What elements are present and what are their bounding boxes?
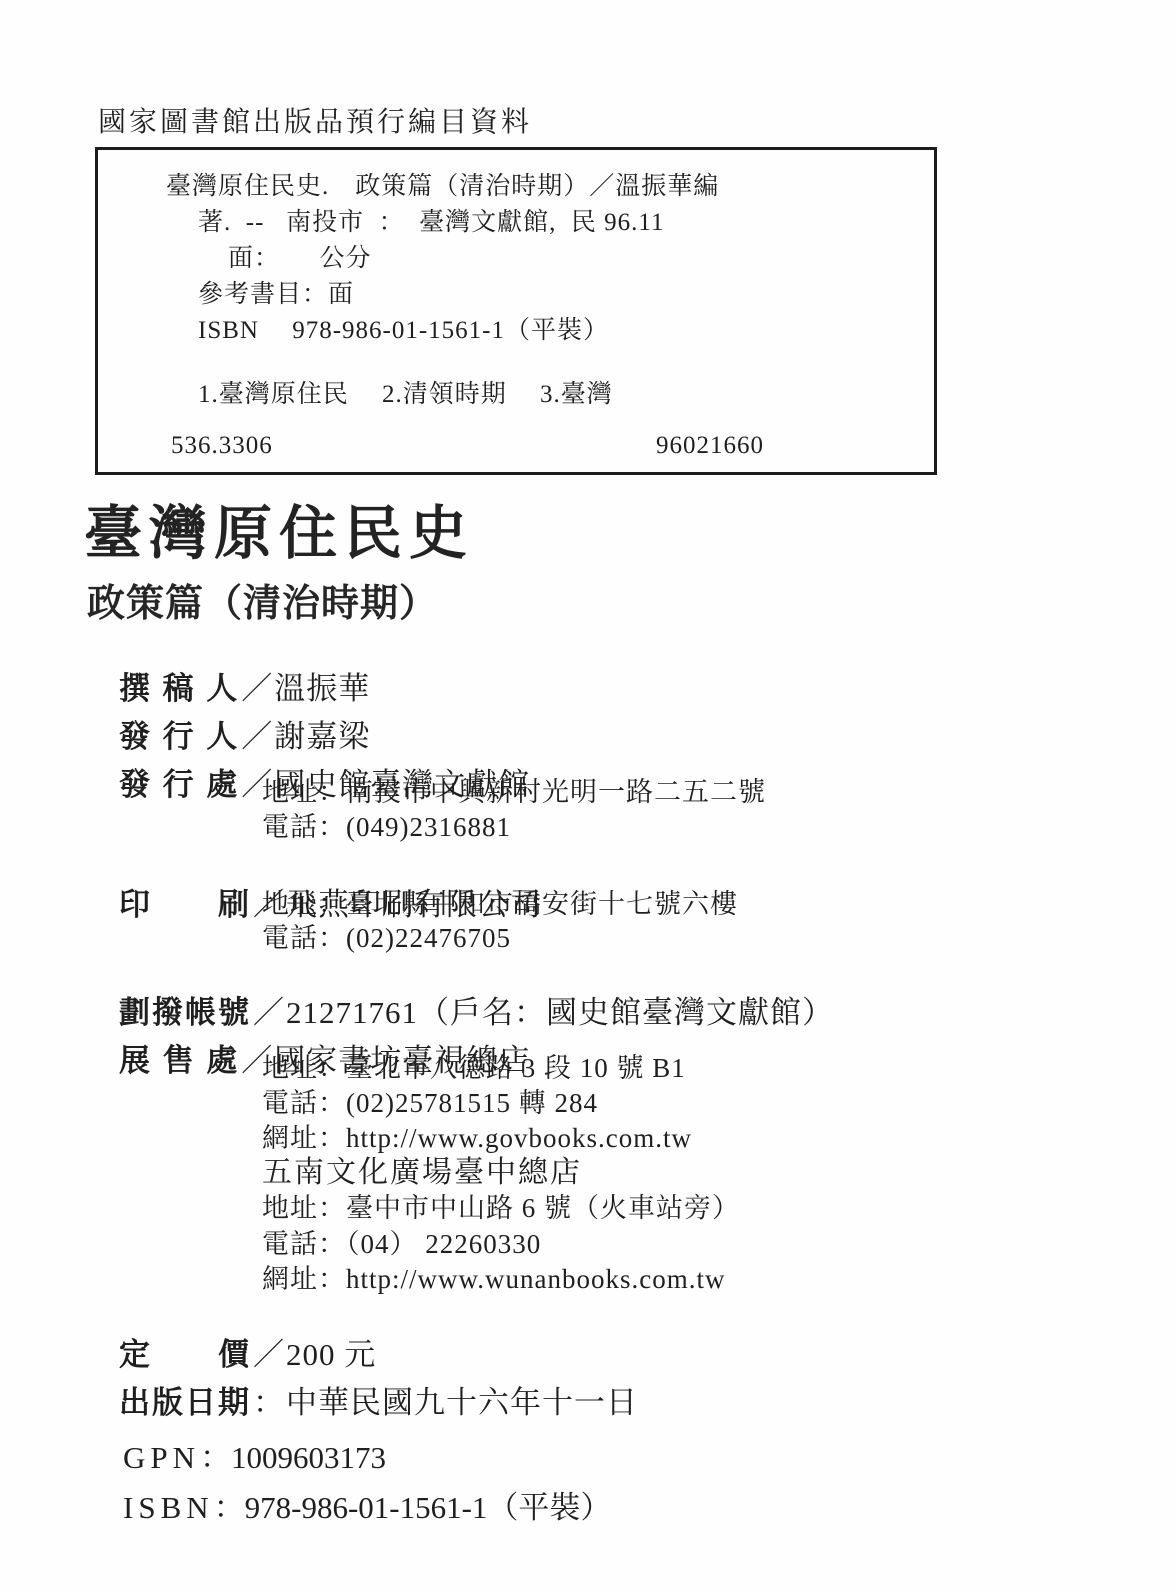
store2-website: 網址：http://www.wunanbooks.com.tw <box>262 1257 725 1296</box>
colophon-page: 國家圖書館出版品預行編目資料 臺灣原住民史. 政策篇（清治時期）／溫振華編 著.… <box>0 0 1176 1591</box>
cip-record-number: 96021660 <box>656 432 764 460</box>
publisher-phone: 電話：(049)2316881 <box>262 805 511 844</box>
cip-title-line: 臺灣原住民史. 政策篇（清治時期）／溫振華編 <box>166 166 719 202</box>
printer-phone: 電話：(02)22476705 <box>262 916 511 955</box>
isbn-value: ：978-986-01-1561-1（平裝） <box>214 1490 612 1525</box>
cip-box: 臺灣原住民史. 政策篇（清治時期）／溫振華編 著. -- 南投市 ： 臺灣文獻館… <box>95 147 937 475</box>
store2-address: 地址：臺中市中山路 6 號（火車站旁） <box>262 1186 740 1225</box>
isbn-label: ISBN <box>123 1490 214 1525</box>
book-subtitle: 政策篇（清治時期） <box>87 572 438 627</box>
cip-bibliography-line: 參考書目：面 <box>198 274 354 310</box>
store2-name: 五南文化廣場臺中總店 <box>262 1147 582 1191</box>
publisher-address: 地址：南投市中興新村光明一路二五二號 <box>262 770 766 809</box>
publisher-org-label: 發 行 處 <box>119 767 239 802</box>
cip-collation-line: 面： 公分 <box>228 238 372 274</box>
store1-phone: 電話：(02)25781515 轉 284 <box>262 1081 598 1120</box>
cip-imprint-line: 著. -- 南投市 ： 臺灣文獻館, 民 96.11 <box>198 202 664 238</box>
cip-subjects-line: 1.臺灣原住民 2.清領時期 3.臺灣 <box>198 374 613 410</box>
sales-outlet-label: 展 售 處 <box>119 1043 239 1078</box>
cip-classification-number: 536.3306 <box>171 432 273 460</box>
store1-address: 地址：臺北市八德路 3 段 10 號 B1 <box>262 1046 686 1085</box>
book-title: 臺灣原住民史 <box>84 486 474 570</box>
store2-phone: 電話：（04） 22260330 <box>262 1222 541 1261</box>
cip-isbn-line: ISBN 978-986-01-1561-1（平裝） <box>198 310 609 346</box>
printer-label: 印 刷 <box>119 887 251 922</box>
isbn-line: ISBN：978-986-01-1561-1（平裝） <box>92 1446 611 1563</box>
cip-header: 國家圖書館出版品預行編目資料 <box>98 100 532 140</box>
